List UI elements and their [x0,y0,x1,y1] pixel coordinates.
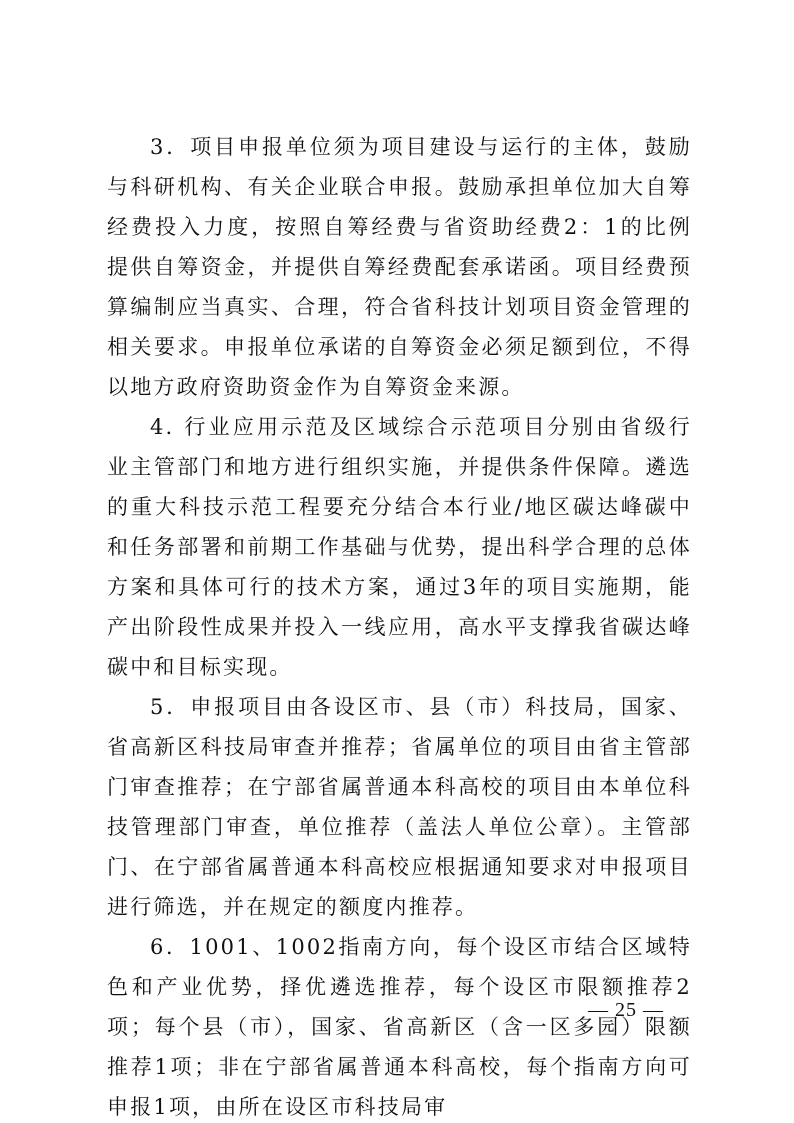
body-text: 3．项目申报单位须为项目建设与运行的主体，鼓励与科研机构、有关企业联合申报。鼓励… [107,127,692,1123]
paragraph-item-4: 4. 行业应用示范及区域综合示范项目分别由省级行业主管部门和地方进行组织实施，并… [107,407,692,687]
page-number: — 25 — [588,999,664,1022]
paragraph-item-3: 3．项目申报单位须为项目建设与运行的主体，鼓励与科研机构、有关企业联合申报。鼓励… [107,127,692,407]
paragraph-item-5: 5．申报项目由各设区市、县（市）科技局，国家、省高新区科技局审查并推荐；省属单位… [107,687,692,927]
paragraph-item-6: 6．1001、1002指南方向，每个设区市结合区域特色和产业优势，择优遴选推荐，… [107,927,692,1123]
document-page: 3．项目申报单位须为项目建设与运行的主体，鼓励与科研机构、有关企业联合申报。鼓励… [0,0,794,1123]
